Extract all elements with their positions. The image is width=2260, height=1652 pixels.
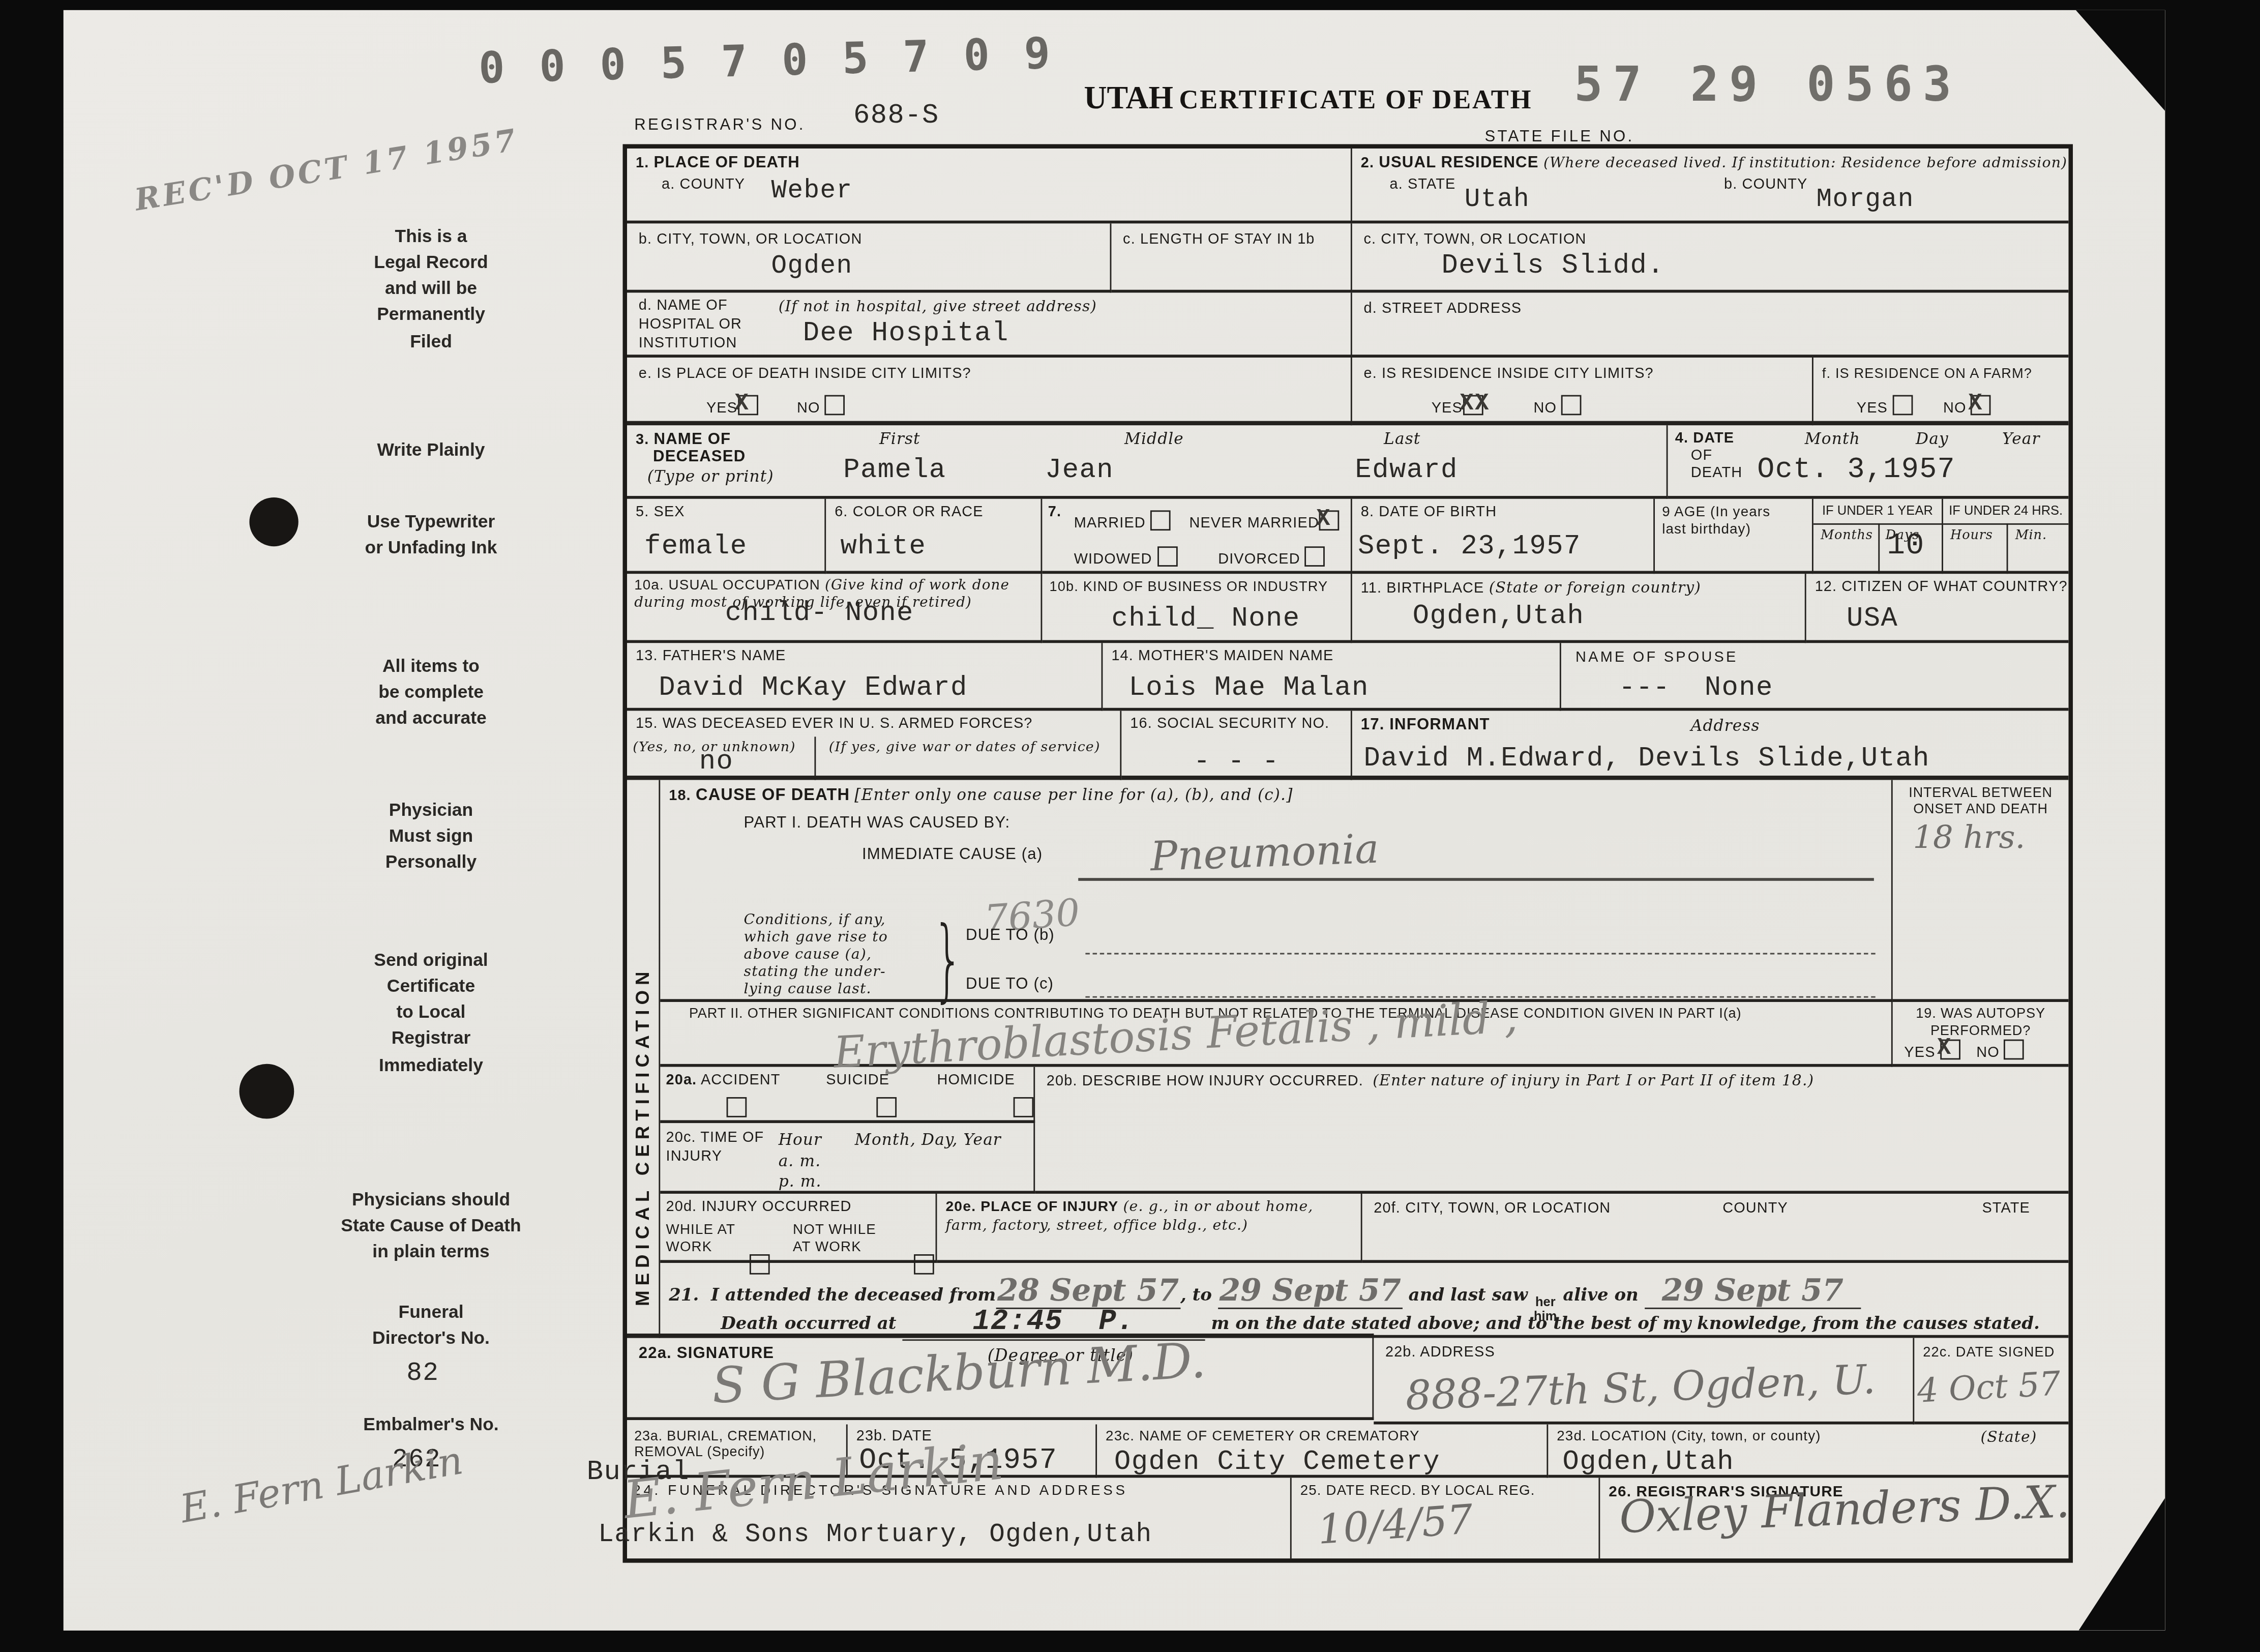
field-date-signed: 22c. DATE SIGNED 4 Oct 57 [1914,1338,2068,1424]
field-citizenship: 12. CITIZEN OF WHAT COUNTRY? USA [1806,574,2069,643]
divorced-checkbox [1305,546,1325,567]
interval-value-handwriting: 18 hrs. [1913,820,2025,857]
field-usual-occupation: 10a. USUAL OCCUPATION (Give kind of work… [627,574,1042,643]
homicide-checkbox [1013,1097,1033,1117]
suicide-checkbox [877,1097,898,1117]
date-of-death-value: Oct. 3,1957 [1757,454,1955,487]
informant-value: David M.Edward, Devils Slide,Utah [1363,743,1929,774]
middle-name-value: Jean [1045,454,1114,486]
hospital-name-value: Dee Hospital [803,317,1009,349]
field-part2-conditions: PART II. OTHER SIGNIFICANT CONDITIONS CO… [660,1002,1892,1067]
field-funeral-director: 24. FUNERAL DIRECTOR'S SIGNATURE AND ADD… [627,1478,1292,1558]
widowed-checkbox [1157,546,1177,567]
field-social-security-no: 16. SOCIAL SECURITY NO. - - - [1121,711,1352,780]
date-of-birth-value: Sept. 23,1957 [1358,530,1581,562]
married-checkbox [1150,510,1171,530]
yes-checkbox: X [737,395,758,416]
attended-to-date: 29 Sept 57 [1220,1272,1401,1308]
no-checkbox [825,395,845,416]
margin-note: This is a Legal Record and will be Perma… [251,223,611,354]
field-age-under-1-year: IF UNDER 1 YEAR Months Days 10 [1813,499,1943,574]
margin-note: All items to be complete and accurate [251,653,611,731]
field-residence-on-farm: f. IS RESIDENCE ON A FARM? YES NO X [1813,358,2069,425]
margin-note: Use Typewriter or Unfading Ink [251,509,611,562]
physician-signature-handwriting: S G Blackburn M.D. [710,1332,1207,1415]
field-usual-residence: 2. USUAL RESIDENCE (Where deceased lived… [1352,149,2069,223]
part2-value-handwriting: Erythroblastosis Fetalis , mild , [832,993,1519,1079]
attended-from-date: 28 Sept 57 [997,1272,1179,1308]
field-describe-injury: 20b. DESCRIBE HOW INJURY OCCURRED. (Ente… [1035,1067,2068,1194]
first-name-value: Pamela [843,454,946,486]
spouse-value: --- None [1619,672,1773,703]
field-date-of-death: 4. DATE OF DEATH Month Day Year Oct. 3,1… [1668,425,2069,499]
armed-forces-value: no [699,745,733,777]
field-death-inside-city-limits: e. IS PLACE OF DEATH INSIDE CITY LIMITS?… [627,358,1352,425]
field-injury-occurred: 20d. INJURY OCCURRED WHILE AT WORK NOT W… [660,1194,937,1263]
burial-location-value: Ogden,Utah [1563,1446,1734,1478]
business-value: child_ None [1111,603,1300,634]
state-value: Utah [1465,186,1530,215]
cause-of-death-handwriting: Pneumonia [1149,825,1379,880]
field-street-address: d. STREET ADDRESS [1352,292,2069,358]
yes-checkbox: X [1940,1040,1960,1060]
birthplace-value: Ogden,Utah [1413,600,1584,631]
registrars-no-value: 688-S [853,100,939,131]
no-checkbox [1561,395,1582,416]
date-received-handwriting: 10/4/57 [1316,1495,1475,1554]
no-checkbox [2004,1040,2025,1060]
field-interval-onset-death: INTERVAL BETWEEN ONSET AND DEATH 18 hrs. [1893,780,2069,1002]
field-cemetery-name: 23c. NAME OF CEMETERY OR CREMATORY Ogden… [1097,1424,1548,1478]
margin-note: Send original Certificate to Local Regis… [251,947,611,1078]
field-name-of-spouse: NAME OF SPOUSE --- None [1561,643,2069,711]
field-burial-location: 23d. LOCATION (City, town, or county) (S… [1548,1424,2068,1478]
physician-address-handwriting: 888-27th St, Ogden, U. [1405,1355,1876,1420]
medical-certification-strip: MEDICAL CERTIFICATION [627,780,660,1338]
yes-checkbox [1892,395,1913,416]
field-autopsy: 19. WAS AUTOPSY PERFORMED? YES X NO [1893,1002,2069,1067]
county-value: Weber [771,178,852,206]
funeral-directors-no-label: Funeral Director's No. [251,1299,611,1351]
field-cause-of-death: 18. CAUSE OF DEATH [Enter only one cause… [660,780,1892,1002]
sex-value: female [644,530,747,562]
scanned-death-certificate: 0005705709 REGISTRAR'S NO. 688-S UTAH CE… [0,0,2260,1652]
funeral-director-margin-signature: E. Fern Larkin [177,1439,466,1532]
yes-checkbox: XX [1463,395,1483,416]
field-attended-statement: 21. I attended the deceased from28 Sept … [660,1263,2068,1338]
medical-certification-label: MEDICAL CERTIFICATION [632,816,653,1306]
field-sex: 5. SEX female [627,499,826,574]
field-color-or-race: 6. COLOR OR RACE white [826,499,1042,574]
age-days-value: 10 [1887,530,1924,564]
field-physician-address: 22b. ADDRESS 888-27th St, Ogden, U. [1374,1338,1914,1424]
city-of-death-value: Ogden [771,252,852,281]
field-time-of-injury: 20c. TIME OF INJURY Hour a. m. p. m. Mon… [660,1123,1035,1194]
serial-number-stamp: 0005705709 [478,28,1085,94]
field-age: 9 AGE (In years last birthday) [1655,499,1813,574]
occupation-value: child- None [725,597,914,628]
funeral-directors-no-value: 82 [406,1360,439,1389]
cemetery-value: Ogden City Cemetery [1114,1446,1440,1478]
field-injury-city: 20f. CITY, TOWN, OR LOCATION COUNTY STAT… [1362,1194,2069,1263]
embalmers-no-label: Embalmer's No. [251,1411,611,1437]
certificate-paper: 0005705709 REGISTRAR'S NO. 688-S UTAH CE… [64,10,2165,1631]
margin-note: Write Plainly [251,437,611,463]
residence-city-value: Devils Slidd. [1442,249,1665,281]
field-residence-inside-city-limits: e. IS RESIDENCE INSIDE CITY LIMITS? YESX… [1352,358,1813,425]
registrars-no-label: REGISTRAR'S NO. [634,117,806,137]
field-registrar-signature: 26. REGISTRAR'S SIGNATURE Oxley Flanders… [1600,1478,2068,1558]
never-married-checkbox: X [1319,510,1340,530]
field-age-under-24-hrs: IF UNDER 24 HRS. Hours Min. [1943,499,2069,574]
state-file-number-stamp: 57 29 0563 [1574,56,1961,113]
field-city-of-death: b. CITY, TOWN, OR LOCATION Ogden [627,223,1111,292]
field-armed-forces: 15. WAS DECEASED EVER IN U. S. ARMED FOR… [627,711,1121,780]
race-value: white [841,530,927,562]
mothers-maiden-name-value: Lois Mae Malan [1128,672,1369,703]
page-title: CERTIFICATE OF DEATH [1179,86,1532,115]
residence-county-value: Morgan [1816,186,1914,215]
field-business-or-industry: 10b. KIND OF BUSINESS OR INDUSTRY child_… [1042,574,1352,643]
field-date-received: 25. DATE RECD. BY LOCAL REG. 10/4/57 [1292,1478,1600,1558]
citizenship-value: USA [1847,603,1898,634]
field-marital-status: 7. MARRIED NEVER MARRIEDX WIDOWED DIVORC… [1042,499,1352,574]
field-length-of-stay: c. LENGTH OF STAY IN 1b [1111,223,1352,292]
certificate-form: 1. PLACE OF DEATH a. COUNTY Weber 2. USU… [623,144,2073,1562]
field-birthplace: 11. BIRTHPLACE (State or foreign country… [1352,574,1806,643]
field-physician-signature: 22a. SIGNATURE (Degree or title) S G Bla… [627,1334,1374,1420]
fathers-name-value: David McKay Edward [659,672,967,703]
last-seen-alive-date: 29 Sept 57 [1662,1272,1843,1308]
scan-edge-top-right [2076,10,2165,111]
field-name-of-deceased: 3. NAME OF DECEASED (Type or print) Firs… [627,425,1668,499]
scan-edge-bottom-right [2078,1498,2165,1631]
field-informant: 17. INFORMANT Address David M.Edward, De… [1352,711,2069,780]
title-state: UTAH [1084,79,1174,115]
date-signed-handwriting: 4 Oct 57 [1916,1366,2062,1410]
conditions-brace: } [933,907,964,1012]
margin-note: Physicians should State Cause of Death i… [236,1187,626,1265]
ssn-value: - - - [1194,745,1280,777]
field-fathers-name: 13. FATHER'S NAME David McKay Edward [627,643,1103,711]
received-date-stamp: REC'D OCT 17 1957 [132,121,521,217]
field-mothers-maiden-name: 14. MOTHER'S MAIDEN NAME Lois Mae Malan [1103,643,1561,711]
field-residence-city: c. CITY, TOWN, OR LOCATION Devils Slidd. [1352,223,2069,292]
margin-note: Physician Must sign Personally [251,797,611,875]
field-date-of-birth: 8. DATE OF BIRTH Sept. 23,1957 [1352,499,1655,574]
field-place-of-injury: 20e. PLACE OF INJURY (e. g., in or about… [937,1194,1362,1263]
field-place-of-death-county: 1. PLACE OF DEATH a. COUNTY Weber [627,149,1352,223]
no-checkbox: X [1971,395,1991,416]
last-name-value: Edward [1355,454,1458,486]
field-hospital-name: d. NAME OF HOSPITAL OR INSTITUTION (If n… [627,292,1352,358]
accident-checkbox [727,1097,747,1117]
field-accident-suicide-homicide: 20a. ACCIDENT SUICIDE HOMICIDE [660,1067,1035,1124]
